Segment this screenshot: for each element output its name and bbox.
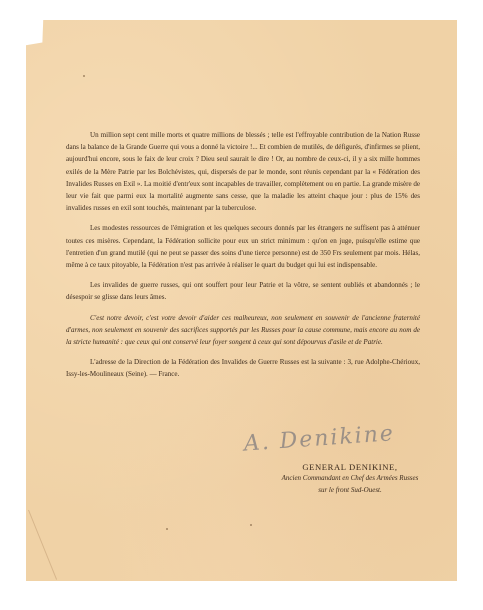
paper-spot	[166, 528, 168, 530]
paragraph-casualties: Un million sept cent mille morts et quat…	[66, 129, 420, 214]
paragraph-resources: Les modestes ressources de l'émigration …	[66, 222, 420, 271]
paragraph-invalids: Les invalides de guerre russes, qui ont …	[66, 279, 420, 303]
signatory-name: GENERAL DENIKINE,	[250, 461, 450, 473]
paper-spot	[83, 75, 85, 77]
signature-block: GENERAL DENIKINE, Ancien Commandant en C…	[250, 461, 450, 496]
signatory-title-line1: Ancien Commandant en Chef des Armées Rus…	[250, 473, 450, 485]
paragraph-address: L'adresse de la Direction de la Fédérati…	[66, 356, 420, 380]
letter-body: Un million sept cent mille morts et quat…	[66, 129, 420, 389]
signatory-title-line2: sur le front Sud-Ouest.	[250, 485, 450, 497]
paper-spot	[250, 524, 252, 526]
paragraph-duty: C'est notre devoir, c'est votre devoir d…	[66, 312, 420, 349]
